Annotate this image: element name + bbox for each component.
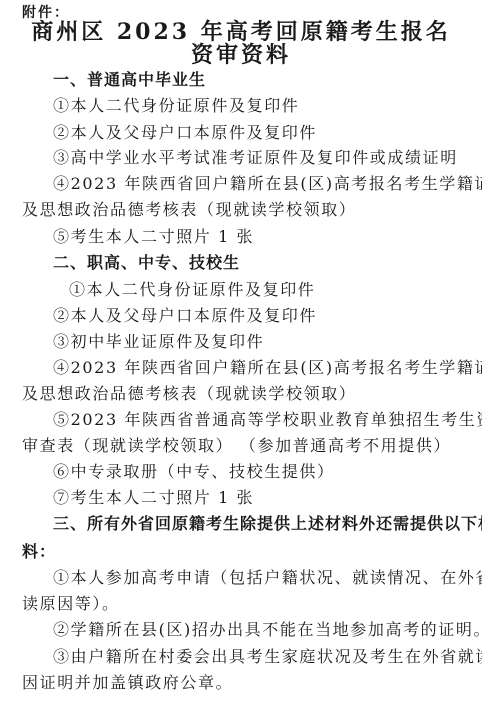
list-item-continuation: 读原因等）。 [22, 594, 120, 614]
section-heading-3-continuation: 料： [22, 542, 56, 562]
list-item: ①本人二代身份证原件及复印件 [53, 96, 299, 116]
list-item-continuation: 审查表（现就读学校领取） （参加普通高考不用提供） [22, 436, 451, 456]
list-item: ④2023 年陕西省回户籍所在县(区)高考报名考生学籍证明 [53, 174, 482, 194]
section-heading-1: 一、普通高中毕业生 [53, 70, 206, 90]
list-item-continuation: 及思想政治品德考核表（现就读学校领取） [22, 200, 356, 220]
list-item: ③由户籍所在村委会出具考生家庭状况及考生在外省就读原 [53, 647, 482, 667]
list-item: ①本人二代身份证原件及复印件 [69, 280, 315, 300]
document-title-line2: 资审资料 [0, 43, 482, 67]
document-title-line1: 商州区 2023 年高考回原籍考生报名 [0, 20, 482, 44]
list-item: ⑥中专录取册（中专、技校生提供） [53, 462, 335, 482]
list-item: ②学籍所在县(区)招办出具不能在当地参加高考的证明。 [53, 620, 482, 640]
section-heading-2: 二、职高、中专、技校生 [53, 253, 240, 273]
list-item: ③初中毕业证原件及复印件 [53, 332, 264, 352]
list-item-continuation: 因证明并加盖镇政府公章。 [22, 673, 233, 693]
list-item-continuation: 及思想政治品德考核表（现就读学校领取） [22, 384, 356, 404]
list-item: ③高中学业水平考试准考证原件及复印件或成绩证明 [53, 148, 458, 168]
list-item: ④2023 年陕西省回户籍所在县(区)高考报名考生学籍证明 [53, 358, 482, 378]
section-heading-3: 三、所有外省回原籍考生除提供上述材料外还需提供以下材 [53, 514, 482, 534]
list-item: ②本人及父母户口本原件及复印件 [53, 306, 317, 326]
list-item: ②本人及父母户口本原件及复印件 [53, 123, 317, 143]
list-item: ⑤2023 年陕西省普通高等学校职业教育单独招生考生资格 [53, 410, 482, 430]
list-item: ⑤考生本人二寸照片 1 张 [53, 227, 254, 247]
list-item: ①本人参加高考申请（包括户籍状况、就读情况、在外省就 [53, 568, 482, 588]
list-item: ⑦考生本人二寸照片 1 张 [53, 488, 254, 508]
